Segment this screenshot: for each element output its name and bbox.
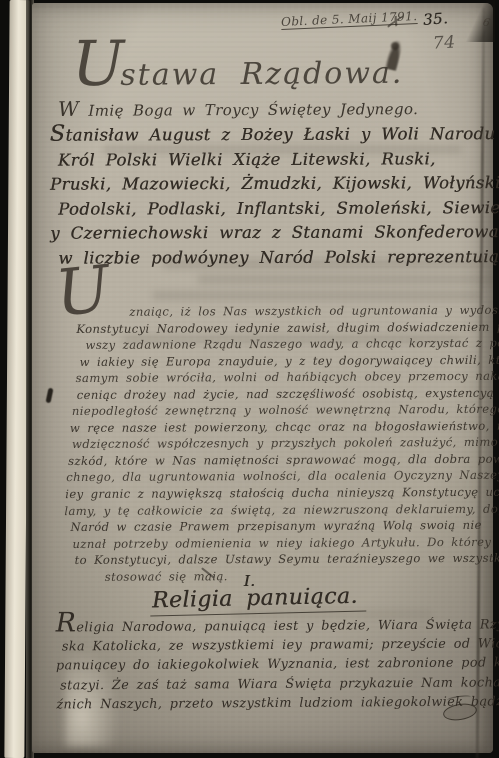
text-line: chnego, dla ugruntowania wolności, dla o… [64,467,476,486]
text-line: uznał potrzeby odmienienia w niey iakieg… [64,534,476,553]
text-line: Podolski, Podlaski, Inflantski, Smoleńsk… [50,196,450,222]
text-line: niepodległość zewnętrzną y wolność wewnę… [64,401,476,420]
folio-number: 35. [422,9,448,29]
ink-bleedthrough-band [197,275,493,284]
text-line: wszy zadawnione Rządu Naszego wady, a ch… [63,335,475,354]
text-line: Król Polski Wielki Xiąże Litewski, Ruski… [50,147,450,173]
ink-bleedthrough-band [152,291,482,300]
manuscript-photo: Obl. de 5. Maij 1791. ✗ 35. 74 6 Ustawa … [0,0,499,758]
text-line: y Czerniechowski wraz z Stanami Skonfede… [50,221,450,247]
text-line: samym sobie wróciła, wolni od hańbiących… [64,368,476,387]
text-line: Religia Narodowa, panuiącą iest y będzie… [56,611,482,638]
article-text: Religia Narodowa, panuiącą iest y będzie… [56,611,483,715]
document-title: Ustawa Rządowa. [72,33,404,105]
text-line: znaiąc, iż los Nas wszystkich od ugrunto… [63,302,475,321]
text-line: wdzięczność współczesnych y przyszłych p… [64,434,476,453]
preamble-text: znaiąc, iż los Nas wszystkich od ugrunto… [63,302,476,585]
text-line: panuiącey do iakiegokolwiek Wyznania, ie… [56,654,482,676]
pencil-page-number: 74 [432,32,455,53]
text-line: Pruski, Mazowiecki, Żmudzki, Kijowski, W… [50,171,450,197]
invocation-line: W Imię Boga w Troycy Świętey Jedynego. [58,95,418,121]
text-line: w liczbie podwóyney Naród Polski repreze… [50,245,450,271]
text-line: lamy, y tę całkowicie za świętą, za niew… [64,500,476,519]
text-line: Stanisław August z Bożey Łaski y Woli Na… [50,120,450,148]
text-line: źnich Naszych, przeto wszystkim ludziom … [56,692,482,714]
royal-intitulation: Stanisław August z Bożey Łaski y Woli Na… [50,120,451,271]
